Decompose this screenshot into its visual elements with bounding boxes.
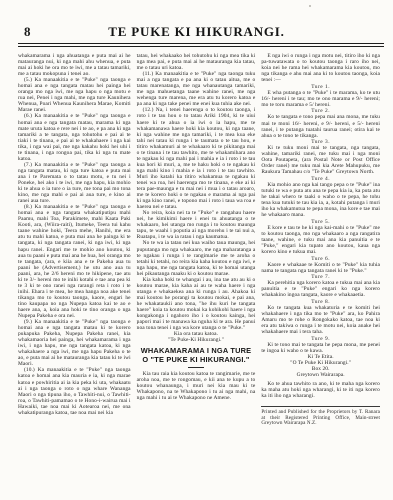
column-1: whakamarama i nga ahuatanga e puta mai a…	[18, 53, 131, 427]
body-paragraph: (7.) Ka manaakitia e te "Puke" nga taong…	[18, 162, 131, 204]
body-paragraph: (9.) Ka manaakitia e te "Puke" nga taong…	[18, 319, 131, 367]
section-heading: WHAKAMARAMA I NGA TURE O "TE PUKE KI HIK…	[137, 347, 256, 364]
ture-text: Kaore e whakaae te Komiti o te "Puke" ki…	[261, 262, 380, 274]
rules-intro: E nga iwi o runga i nga motu nei, titiro…	[261, 53, 380, 83]
closing-line: "Te Puke-Ki Hikurangi."	[137, 337, 256, 343]
column-2: tatau, hei whakaako hei tohutohu ki nga …	[137, 53, 256, 427]
body-paragraph: Kia kaha hoki te whangai i au, ina tae a…	[137, 277, 256, 331]
ture-text: Kia mohio ano nga kai tango pepa o te "P…	[261, 182, 380, 218]
colophon: Printed and Published for the Proprietor…	[261, 406, 380, 427]
body-paragraph: No reira, koia nei ta te "Puke" e rangah…	[137, 210, 256, 240]
ture-text: Ki te tuku moni mai te tangata, nga tang…	[261, 145, 380, 175]
body-paragraph: (8.) Ka manaakitia e te "Puke" nga taong…	[18, 204, 131, 319]
heading-divider	[188, 367, 204, 368]
column-container: whakamarama i nga ahuatanga e puta mai a…	[18, 53, 380, 427]
section-heading-line: O "TE PUKE KI HIKURANGI."	[137, 356, 256, 364]
ture-text: Ko te tangata e tono pepa mai ana mona, …	[261, 114, 380, 138]
ture-text: Ko te tangata kua whakaturia e te komiti…	[261, 305, 380, 335]
ture-text: E kore e tau te he ki nga kai-mahi o te …	[261, 225, 380, 255]
newspaper-title: TE PUKE KI HIKURANGI.	[0, 24, 393, 40]
body-paragraph: Kia tau raia kia koutou katoa te rangima…	[137, 371, 256, 401]
header-double-rule	[18, 43, 384, 47]
scan-speck	[309, 5, 311, 7]
ture-text: Ki te tono mai te tangata he pepa mona, …	[261, 342, 380, 354]
ture-text: E wha putanga o te "Puke" i te marama, k…	[261, 90, 380, 108]
column-3: E nga iwi o runga i nga motu nei, titiro…	[261, 53, 380, 427]
body-paragraph: whakamarama i nga ahuatanga e puta mai a…	[18, 53, 131, 77]
address-line: Greytown Wairarapa.	[261, 372, 380, 378]
body-paragraph: (5.) Ka manaakitia e te "Puke" nga taong…	[18, 77, 131, 113]
ture-text: Ka perehitia nga korero katoa e tukua ma…	[261, 280, 380, 298]
newspaper-page: 8 TE PUKE KI HIKURANGI. whakamarama i ng…	[0, 0, 393, 500]
body-paragraph: (12.) Na, i tenei haerenga o to koutou t…	[137, 107, 256, 210]
format-note: Ko te ahua tawhito ra ano, ki te maha ng…	[261, 381, 380, 399]
body-paragraph: No te wa ia tatau nei kua waiho taua mau…	[137, 240, 256, 276]
body-paragraph: tatau, hei whakaako hei tohutohu ki nga …	[137, 53, 256, 71]
body-paragraph: (11.) Ka manaakitia e te "Puke" nga taon…	[137, 71, 256, 107]
body-paragraph: (6.) Ka manaakitia e te "Puke" nga taong…	[18, 113, 131, 161]
body-paragraph: (10.) Ka manaakitia e te "Puke" nga taon…	[18, 367, 131, 415]
